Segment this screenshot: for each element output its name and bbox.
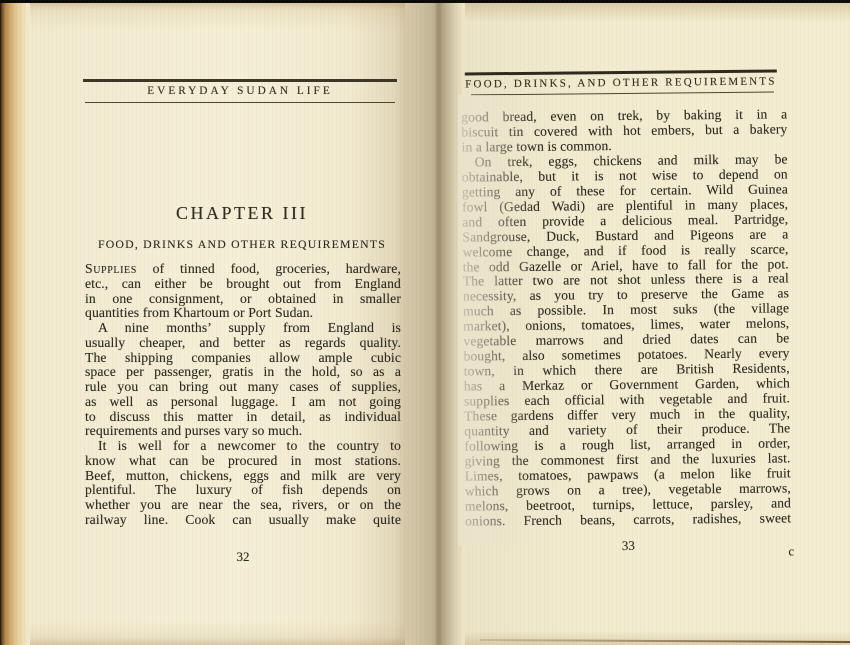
text-line: onions. French beans, carrots, radishes,… xyxy=(465,511,791,529)
right-page-content: FOOD, DRINKS, AND OTHER REQUIREMENTS goo… xyxy=(0,0,850,645)
right-page-number: 33 xyxy=(465,536,791,555)
signature-mark: c xyxy=(788,544,794,559)
right-running-header: FOOD, DRINKS, AND OTHER REQUIREMENTS xyxy=(465,75,777,90)
book-scan: EVERYDAY SUDAN LIFE CHAPTER III FOOD, DR… xyxy=(0,0,850,645)
right-header-rule-top xyxy=(465,69,777,75)
right-header-rule-bottom xyxy=(471,92,774,96)
text-line: biscuit tin covered with hot embers, but… xyxy=(461,122,787,140)
right-page-body: good bread, even on trek, by baking it i… xyxy=(461,107,791,529)
